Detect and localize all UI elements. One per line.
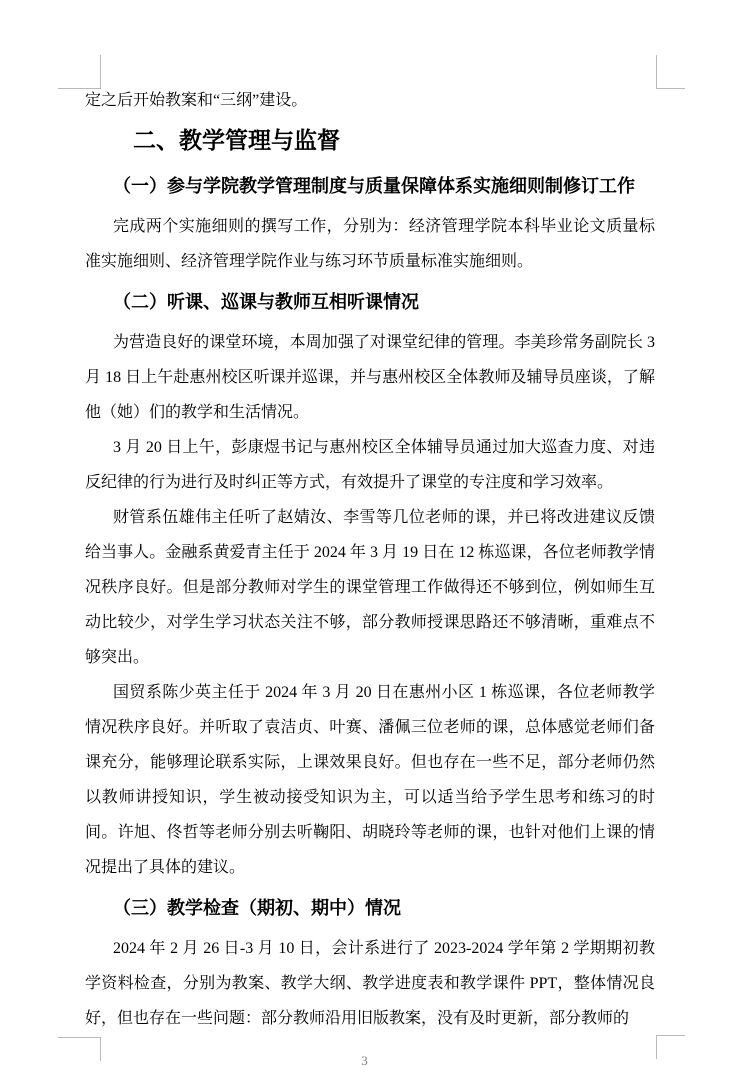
paragraph-continuation: 定之后开始教案和“三纲”建设。 [85,83,655,118]
paragraph: 3 月 20 日上午，彭康煜书记与惠州校区全体辅导员通过加大巡查力度、对违反纪律… [85,430,655,500]
subsection-heading-3: （三）教学检查（期初、期中）情况 [85,885,655,931]
page-number: 3 [0,1053,729,1069]
document-page: 定之后开始教案和“三纲”建设。 二、教学管理与监督 （一）参与学院教学管理制度与… [0,0,729,1090]
section-heading: 二、教学管理与监督 [85,118,655,163]
text-boundary-mark-top-right [656,55,685,89]
subsection-heading-1: （一）参与学院教学管理制度与质量保障体系实施细则制修订工作 [85,163,655,209]
paragraph: 2024 年 2 月 26 日-3 月 10 日，会计系进行了 2023-202… [85,931,655,1036]
page-text-area: 定之后开始教案和“三纲”建设。 二、教学管理与监督 （一）参与学院教学管理制度与… [85,83,655,1036]
paragraph: 国贸系陈少英主任于 2024 年 3 月 20 日在惠州小区 1 栋巡课，各位老… [85,675,655,885]
subsection-heading-2: （二）听课、巡课与教师互相听课情况 [85,279,655,325]
paragraph: 财管系伍雄伟主任听了赵婧汝、李雪等几位老师的课，并已将改进建议反馈给当事人。金融… [85,500,655,675]
paragraph: 为营造良好的课堂环境，本周加强了对课堂纪律的管理。李美珍常务副院长 3 月 18… [85,325,655,430]
paragraph: 完成两个实施细则的撰写工作，分别为：经济管理学院本科毕业论文质量标准实施细则、经… [85,209,655,279]
